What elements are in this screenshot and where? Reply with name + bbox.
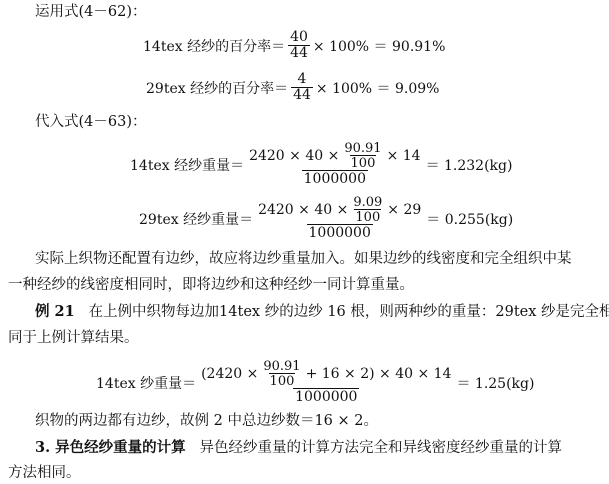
numerator-suffix: × 14 <box>387 149 421 164</box>
equation-14tex-percentage: 14tex 经纱的百分率＝ 40 44 × 100% ＝ 90.91% <box>143 30 445 61</box>
equation-lhs: 29tex 经纱重量＝ <box>139 209 253 229</box>
numerator-prefix: 2420 × 40 × <box>249 149 339 164</box>
equation-29tex-weight: 29tex 经纱重量＝ 2420 × 40 × 9.09 100 × 29 10… <box>139 196 513 241</box>
equation-lhs: 14tex 纱重量＝ <box>96 373 196 393</box>
numerator: 4 <box>296 72 309 87</box>
denominator: 1000000 <box>293 388 359 405</box>
fraction: 40 44 <box>288 30 310 61</box>
numerator-suffix: + 16 × 2) × 40 × 14 <box>306 367 452 382</box>
equation-29tex-percentage: 29tex 经纱的百分率＝ 4 44 × 100% ＝ 9.09% <box>146 72 440 103</box>
example-21-line-1: 例 21 在上例中织物每边加14tex 纱的边纱 16 根，则两种纱的重量：29… <box>35 303 609 321</box>
example-text: 在上例中织物每边加14tex 纱的边纱 16 根，则两种纱的重量：29tex 纱… <box>89 304 609 320</box>
equation-result: ＝ 1.25(kg) <box>456 373 534 393</box>
numerator-prefix: (2420 × <box>201 367 258 382</box>
inner-fraction: 9.09 100 <box>351 196 384 224</box>
inner-numerator: 90.91 <box>261 360 302 373</box>
equation-14tex-yarn-weight: 14tex 纱重量＝ (2420 × 90.91 100 + 16 × 2) ×… <box>96 360 534 405</box>
inner-numerator: 90.91 <box>342 142 383 155</box>
inner-denominator: 100 <box>269 373 296 388</box>
section-text: 异色经纱重量的计算方法完全和异线密度经纱重量的计算 <box>200 440 563 456</box>
intro-line-apply-formula: 运用式(4－62)： <box>35 3 147 21</box>
denominator: 1000000 <box>302 170 368 187</box>
equation-lhs: 14tex 经纱的百分率＝ <box>143 36 285 56</box>
example-21-line-2: 同于上例计算结果。 <box>8 329 139 347</box>
inner-denominator: 100 <box>354 209 381 224</box>
denominator: 44 <box>288 45 310 61</box>
numerator: 40 <box>288 30 310 45</box>
paragraph-total-selvage: 织物的两边都有边纱，故例 2 中总边纱数＝16 × 2。 <box>35 412 378 430</box>
equation-rest: × 100% ＝ 9.09% <box>316 78 440 98</box>
equation-14tex-weight: 14tex 经纱重量＝ 2420 × 40 × 90.91 100 × 14 1… <box>130 142 512 187</box>
fraction: 2420 × 40 × 90.91 100 × 14 1000000 <box>247 142 422 187</box>
inner-fraction: 90.91 100 <box>261 360 302 388</box>
equation-result: ＝ 0.255(kg) <box>426 209 513 229</box>
inner-denominator: 100 <box>350 155 377 170</box>
section-heading: 3. 异色经纱重量的计算 <box>35 439 186 456</box>
numerator: (2420 × 90.91 100 + 16 × 2) × 40 × 14 <box>199 360 453 388</box>
paragraph-selvage-line-1: 实际上织物还配置有边纱，故应将边纱重量加入。如果边纱的线密度和完全组织中某 <box>35 250 572 268</box>
inner-numerator: 9.09 <box>351 196 384 209</box>
fraction: (2420 × 90.91 100 + 16 × 2) × 40 × 14 10… <box>199 360 453 405</box>
fraction: 4 44 <box>291 72 313 103</box>
denominator: 1000000 <box>307 224 373 241</box>
numerator-suffix: × 29 <box>387 203 421 218</box>
equation-rest: × 100% ＝ 90.91% <box>313 36 446 56</box>
equation-lhs: 29tex 经纱的百分率＝ <box>146 78 288 98</box>
section-3-line-2: 方法相同。 <box>8 464 81 482</box>
equation-result: ＝ 1.232(kg) <box>426 155 513 175</box>
example-label: 例 21 <box>35 303 75 320</box>
numerator: 2420 × 40 × 9.09 100 × 29 <box>256 196 423 224</box>
denominator: 44 <box>291 87 313 103</box>
intro-line-substitute-formula: 代入式(4－63)： <box>35 113 147 131</box>
section-3-line-1: 3. 异色经纱重量的计算 异色经纱重量的计算方法完全和异线密度经纱重量的计算 <box>35 439 562 457</box>
fraction: 2420 × 40 × 9.09 100 × 29 1000000 <box>256 196 423 241</box>
numerator: 2420 × 40 × 90.91 100 × 14 <box>247 142 422 170</box>
inner-fraction: 90.91 100 <box>342 142 383 170</box>
equation-lhs: 14tex 经纱重量＝ <box>130 155 244 175</box>
numerator-prefix: 2420 × 40 × <box>258 203 348 218</box>
paragraph-selvage-line-2: 一种经纱的线密度相同时，即将边纱和这种经纱一同计算重量。 <box>8 276 414 294</box>
